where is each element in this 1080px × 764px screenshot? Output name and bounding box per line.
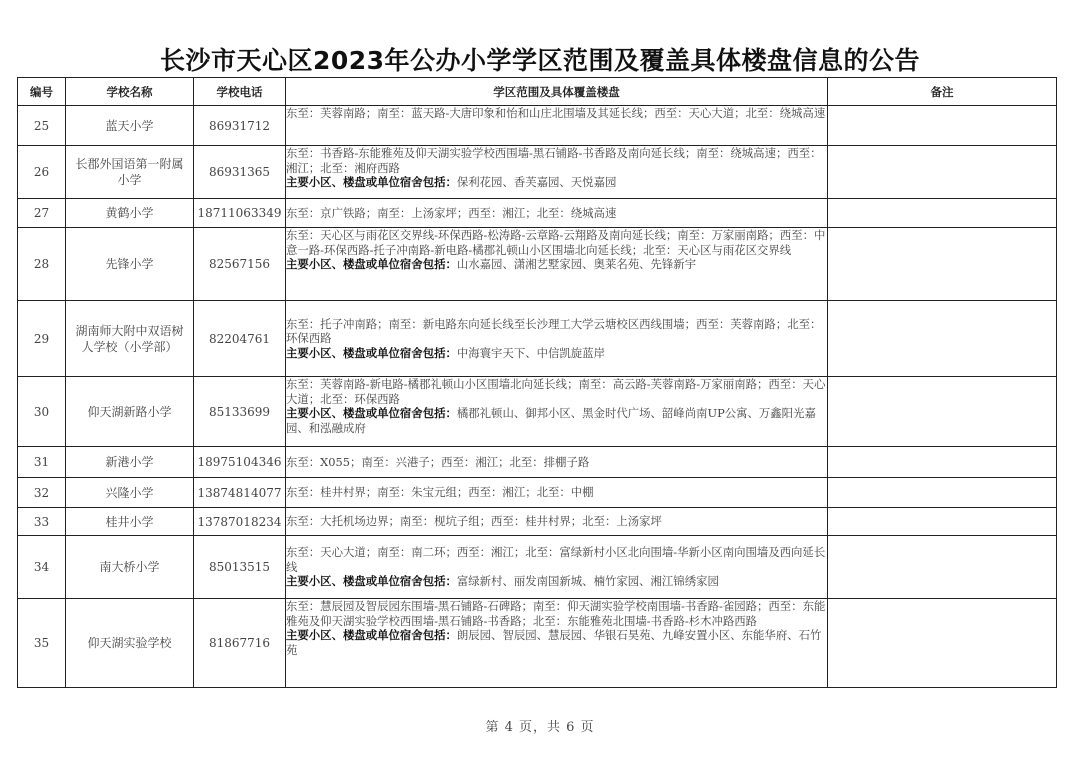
school-name: 仰天湖实验学校 [66,599,194,688]
estates-label: 主要小区、楼盘或单位宿舍包括： [286,175,457,189]
note-cell [828,478,1057,508]
range-text: 东至：书香路-东能雅苑及仰天湖实验学校西围墙-黑石铺路-书香路及南向延长线；南至… [286,146,822,175]
estates-label: 主要小区、楼盘或单位宿舍包括： [286,346,457,360]
row-number: 31 [18,447,66,478]
note-cell [828,508,1057,536]
range-text: 东至：京广铁路；南至：上汤家坪；西至：湘江；北至：绕城高速 [286,206,616,220]
table-header-row: 编号 学校名称 学校电话 学区范围及具体覆盖楼盘 备注 [18,78,1057,106]
header-number: 编号 [18,78,66,106]
school-name: 南大桥小学 [66,536,194,599]
school-name: 黄鹤小学 [66,199,194,228]
school-phone: 18975104346 [194,447,286,478]
estates-list: 山水嘉园、潇湘艺墅家园、奥莱名苑、先锋新宇 [457,257,696,271]
school-name: 蓝天小学 [66,106,194,146]
district-range: 东至：书香路-东能雅苑及仰天湖实验学校西围墙-黑石铺路-书香路及南向延长线；南至… [286,146,828,199]
district-range: 东至：芙蓉南路；南至：蓝天路-大唐印象和怡和山庄北围墙及其延长线；西至：天心大道… [286,106,828,146]
estates-list: 保利花园、香芙嘉园、天悦嘉园 [457,175,616,189]
table-row: 33 桂井小学 13787018234 东至：大托机场边界；南至：枧坑子组；西至… [18,508,1057,536]
page-indicator: 第 4 页，共 6 页 [0,716,1080,735]
district-range: 东至：桂井村界；南至：朱宝元组；西至：湘江；北至：中棚 [286,478,828,508]
school-district-table: 编号 学校名称 学校电话 学区范围及具体覆盖楼盘 备注 25 蓝天小学 8693… [17,77,1057,688]
school-phone: 13787018234 [194,508,286,536]
row-number: 28 [18,228,66,301]
school-name: 先锋小学 [66,228,194,301]
row-number: 26 [18,146,66,199]
district-range: 东至：大托机场边界；南至：枧坑子组；西至：桂井村界；北至：上汤家坪 [286,508,828,536]
row-number: 34 [18,536,66,599]
note-cell [828,106,1057,146]
table-row: 31 新港小学 18975104346 东至：X055；南至：兴港子；西至：湘江… [18,447,1057,478]
range-text: 东至：大托机场边界；南至：枧坑子组；西至：桂井村界；北至：上汤家坪 [286,514,662,528]
row-number: 30 [18,377,66,447]
header-district-range: 学区范围及具体覆盖楼盘 [286,78,828,106]
range-text: 东至：桂井村界；南至：朱宝元组；西至：湘江；北至：中棚 [286,485,594,499]
school-name: 兴隆小学 [66,478,194,508]
district-range: 东至：慧辰园及智辰园东围墙-黑石铺路-石碑路；南至：仰天湖实验学校南围墙-书香路… [286,599,828,688]
district-range: 东至：天心大道；南至：南二环；西至：湘江；北至：富绿新村小区北向围墙-华新小区南… [286,536,828,599]
table-row: 25 蓝天小学 86931712 东至：芙蓉南路；南至：蓝天路-大唐印象和怡和山… [18,106,1057,146]
note-cell [828,447,1057,478]
header-school-name: 学校名称 [66,78,194,106]
row-number: 29 [18,301,66,377]
note-cell [828,199,1057,228]
row-number: 35 [18,599,66,688]
estates-label: 主要小区、楼盘或单位宿舍包括： [286,257,457,271]
row-number: 27 [18,199,66,228]
school-phone: 81867716 [194,599,286,688]
range-text: 东至：托子冲南路；南至：新电路东向延长线至长沙理工大学云塘校区西线围墙；西至：芙… [286,317,821,346]
estates-label: 主要小区、楼盘或单位宿舍包括： [286,406,457,420]
range-text: 东至：X055；南至：兴港子；西至：湘江；北至：排棚子路 [286,455,589,469]
table-row: 35 仰天湖实验学校 81867716 东至：慧辰园及智辰园东围墙-黑石铺路-石… [18,599,1057,688]
school-name: 湖南师大附中双语树人学校（小学部） [66,301,194,377]
table-row: 27 黄鹤小学 18711063349 东至：京广铁路；南至：上汤家坪；西至：湘… [18,199,1057,228]
school-name: 仰天湖新路小学 [66,377,194,447]
note-cell [828,301,1057,377]
school-phone: 82567156 [194,228,286,301]
range-text: 东至：芙蓉南路-新电路-橘郡礼顿山小区围墙北向延长线；南至：高云路-芙蓉南路-万… [286,377,825,406]
row-number: 32 [18,478,66,508]
row-number: 25 [18,106,66,146]
table-row: 34 南大桥小学 85013515 东至：天心大道；南至：南二环；西至：湘江；北… [18,536,1057,599]
school-phone: 86931712 [194,106,286,146]
school-phone: 82204761 [194,301,286,377]
school-name: 长郡外国语第一附属小学 [66,146,194,199]
school-phone: 85133699 [194,377,286,447]
note-cell [828,377,1057,447]
range-text: 东至：天心大道；南至：南二环；西至：湘江；北至：富绿新村小区北向围墙-华新小区南… [286,545,825,574]
school-phone: 85013515 [194,536,286,599]
school-phone: 18711063349 [194,199,286,228]
range-text: 东至：慧辰园及智辰园东围墙-黑石铺路-石碑路；南至：仰天湖实验学校南围墙-书香路… [286,599,825,628]
district-range: 东至：天心区与雨花区交界线-环保西路-松涛路-云章路-云翔路及南向延长线；南至：… [286,228,828,301]
table-row: 29 湖南师大附中双语树人学校（小学部） 82204761 东至：托子冲南路；南… [18,301,1057,377]
estates-label: 主要小区、楼盘或单位宿舍包括： [286,574,457,588]
school-name: 桂井小学 [66,508,194,536]
row-number: 33 [18,508,66,536]
note-cell [828,146,1057,199]
district-range: 东至：京广铁路；南至：上汤家坪；西至：湘江；北至：绕城高速 [286,199,828,228]
estates-list: 中海寰宇天下、中信凯旋蓝岸 [457,346,605,360]
estates-list: 富绿新村、丽发南国新城、楠竹家园、湘江锦绣家园 [457,574,719,588]
table-row: 26 长郡外国语第一附属小学 86931365 东至：书香路-东能雅苑及仰天湖实… [18,146,1057,199]
district-range: 东至：托子冲南路；南至：新电路东向延长线至长沙理工大学云塘校区西线围墙；西至：芙… [286,301,828,377]
school-name: 新港小学 [66,447,194,478]
school-phone: 86931365 [194,146,286,199]
header-school-phone: 学校电话 [194,78,286,106]
note-cell [828,228,1057,301]
table-row: 32 兴隆小学 13874814077 东至：桂井村界；南至：朱宝元组；西至：湘… [18,478,1057,508]
estates-label: 主要小区、楼盘或单位宿舍包括： [286,628,457,642]
document-title: 长沙市天心区2023年公办小学学区范围及覆盖具体楼盘信息的公告 [0,44,1080,78]
table-row: 28 先锋小学 82567156 东至：天心区与雨花区交界线-环保西路-松涛路-… [18,228,1057,301]
header-note: 备注 [828,78,1057,106]
note-cell [828,599,1057,688]
range-text: 东至：芙蓉南路；南至：蓝天路-大唐印象和怡和山庄北围墙及其延长线；西至：天心大道… [286,106,825,120]
note-cell [828,536,1057,599]
district-range: 东至：X055；南至：兴港子；西至：湘江；北至：排棚子路 [286,447,828,478]
school-phone: 13874814077 [194,478,286,508]
range-text: 东至：天心区与雨花区交界线-环保西路-松涛路-云章路-云翔路及南向延长线；南至：… [286,228,825,257]
district-range: 东至：芙蓉南路-新电路-橘郡礼顿山小区围墙北向延长线；南至：高云路-芙蓉南路-万… [286,377,828,447]
table-row: 30 仰天湖新路小学 85133699 东至：芙蓉南路-新电路-橘郡礼顿山小区围… [18,377,1057,447]
